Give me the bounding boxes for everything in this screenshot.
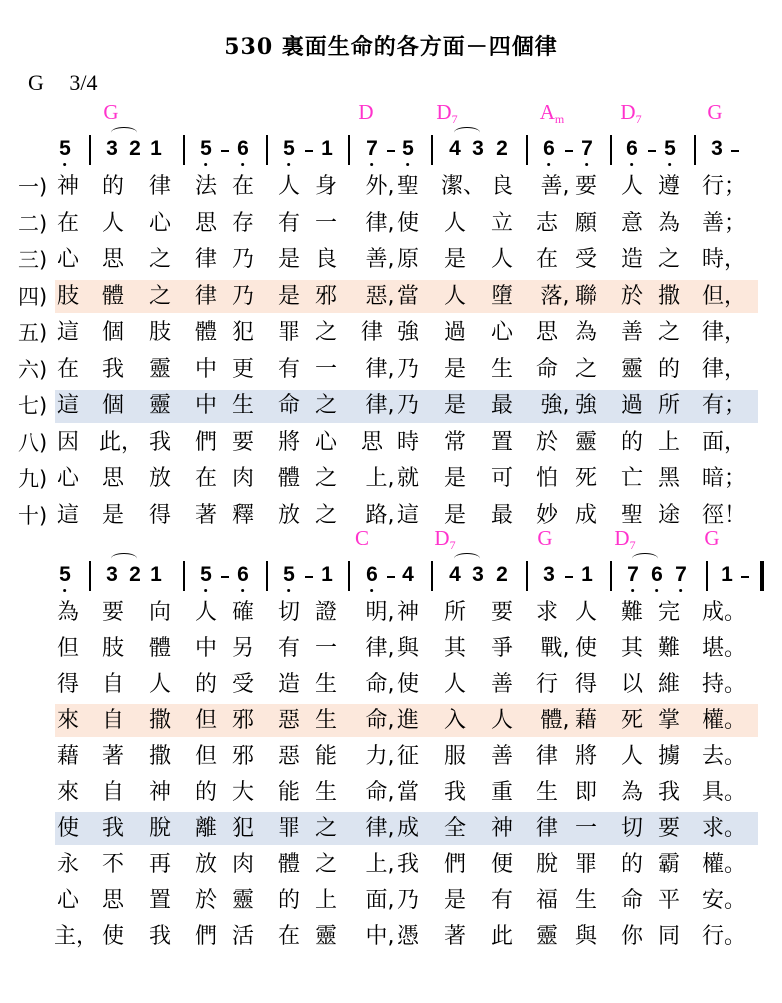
- note: 1: [150, 563, 162, 587]
- verse-line: 來自撒但邪惡生命,進入人體,藉死掌權。: [0, 704, 782, 740]
- lyric-syllable: 全: [444, 814, 466, 844]
- verse-line: 主，使我們活在靈中,憑著此靈與你同行。: [0, 920, 782, 956]
- lyric-syllable: 潔、: [441, 172, 485, 202]
- lyric-syllable: 命: [278, 391, 300, 421]
- lyric-syllable: 遵: [658, 172, 680, 202]
- lyric-syllable: 生: [315, 670, 337, 700]
- lyric-syllable: 在: [278, 922, 300, 952]
- lyric-syllable: 乃: [397, 886, 419, 916]
- lyric-syllable: 善,: [366, 245, 395, 275]
- lyric-syllable: 可: [491, 464, 513, 494]
- lyric-syllable: 這: [57, 318, 79, 348]
- lyric-syllable: 使: [57, 814, 79, 844]
- barline: [348, 135, 350, 165]
- lyric-syllable: 罪: [278, 814, 300, 844]
- lyric-syllable: 與: [397, 634, 419, 664]
- barline: [694, 135, 696, 165]
- lyric-syllable: 肢: [102, 634, 124, 664]
- lyric-syllable: 使: [575, 634, 597, 664]
- lyric-syllable: 一: [315, 634, 337, 664]
- lyric-syllable: 身: [315, 172, 337, 202]
- lyric-syllable: 志: [536, 209, 558, 239]
- note: 7: [581, 137, 593, 161]
- lyric-syllable: 但，: [702, 282, 746, 312]
- note: 3: [472, 137, 484, 161]
- verse-number: 六): [18, 355, 47, 385]
- lyric-syllable: 切: [621, 814, 643, 844]
- lyric-syllable: 造: [278, 670, 300, 700]
- lyric-syllable: 律: [195, 282, 217, 312]
- lyric-syllable: 成。: [702, 598, 746, 628]
- lyric-syllable: 向: [149, 598, 171, 628]
- lyric-syllable: 之: [575, 355, 597, 385]
- note: 3: [106, 563, 118, 587]
- note: 6: [366, 563, 378, 587]
- lyric-syllable: 靈: [536, 922, 558, 952]
- lyric-syllable: 死: [575, 464, 597, 494]
- lyric-syllable: 們: [195, 428, 217, 458]
- lyric-syllable: 的: [658, 355, 680, 385]
- lyric-syllable: 存: [232, 209, 254, 239]
- note: 5: [283, 137, 295, 161]
- note: 7: [366, 137, 378, 161]
- note: 1: [150, 137, 162, 161]
- lyric-syllable: 著: [102, 742, 124, 772]
- lyric-syllable: 思: [102, 886, 124, 916]
- lyric-syllable: 乃: [232, 282, 254, 312]
- lyric-syllable: 之: [315, 814, 337, 844]
- lyric-syllable: 思: [361, 428, 383, 458]
- time-signature: 3/4: [69, 70, 97, 95]
- lyric-syllable: 良: [491, 172, 513, 202]
- lyric-syllable: 受: [232, 670, 254, 700]
- note: 1: [321, 137, 333, 161]
- lyric-syllable: 即: [575, 778, 597, 808]
- lyric-syllable: 置: [149, 886, 171, 916]
- lyric-syllable: 求: [536, 598, 558, 628]
- lyric-syllable: 是: [444, 355, 466, 385]
- lyric-syllable: 中,: [366, 922, 395, 952]
- lyric-syllable: 善；: [702, 209, 746, 239]
- lyric-syllable: 要: [102, 598, 124, 628]
- verse-line: 十)這是得著釋放之路,這是最妙成聖途徑！: [0, 499, 782, 535]
- dash: [221, 150, 229, 152]
- lyric-syllable: 將: [575, 742, 597, 772]
- lyric-syllable: 為: [575, 318, 597, 348]
- lyric-syllable: 一: [575, 814, 597, 844]
- lyric-syllable: 是: [278, 282, 300, 312]
- lyric-syllable: 律,: [366, 814, 395, 844]
- lyric-syllable: 難: [621, 598, 643, 628]
- lyric-syllable: 邪: [232, 706, 254, 736]
- verse-number: 十): [18, 501, 47, 531]
- lyric-syllable: 便: [491, 850, 513, 880]
- lyric-syllable: 惡,: [366, 282, 395, 312]
- lyric-syllable: 是: [444, 391, 466, 421]
- lyric-syllable: 肢: [149, 318, 171, 348]
- lyric-syllable: 之: [658, 318, 680, 348]
- chord-symbol: D: [358, 100, 373, 125]
- lyric-syllable: 行。: [702, 922, 746, 952]
- lyric-syllable: 時: [397, 428, 419, 458]
- verse-line: 八)因此，我們要將心思時常置於靈的上面，: [0, 426, 782, 462]
- lyric-syllable: 聖: [397, 172, 419, 202]
- lyric-syllable: 擄: [658, 742, 680, 772]
- lyric-syllable: 是: [444, 886, 466, 916]
- note: 1: [581, 563, 593, 587]
- note: 5: [283, 563, 295, 587]
- lyric-syllable: 體: [278, 464, 300, 494]
- lyric-syllable: 有: [278, 634, 300, 664]
- lyric-syllable: 造: [621, 245, 643, 275]
- verse-line: 為要向人確切證明,神所要求人難完成。: [0, 596, 782, 632]
- lyric-syllable: 律: [536, 814, 558, 844]
- lyric-syllable: 我: [444, 778, 466, 808]
- lyric-syllable: 來: [57, 706, 79, 736]
- hymn-title: 530 裏面生命的各方面－四個律: [0, 30, 782, 61]
- lyric-syllable: 來: [57, 778, 79, 808]
- lyric-syllable: 以: [621, 670, 643, 700]
- lyric-syllable: 著: [195, 501, 217, 531]
- verse-number: 四): [18, 282, 47, 312]
- lyric-syllable: 就: [397, 464, 419, 494]
- lyric-syllable: 戰,: [541, 634, 570, 664]
- barline: [431, 135, 433, 165]
- lyric-syllable: 邪: [232, 742, 254, 772]
- lyric-syllable: 離: [195, 814, 217, 844]
- lyric-syllable: 大: [232, 778, 254, 808]
- lyric-syllable: 安。: [702, 886, 746, 916]
- lyric-syllable: 使: [397, 670, 419, 700]
- lyric-syllable: 之: [315, 464, 337, 494]
- lyric-syllable: 良: [315, 245, 337, 275]
- dash: [741, 576, 749, 578]
- lyric-syllable: 成: [575, 501, 597, 531]
- lyric-syllable: 重: [491, 778, 513, 808]
- lyric-syllable: 肢: [57, 282, 79, 312]
- lyric-syllable: 進: [397, 706, 419, 736]
- verse-line: 心思置於靈的上面,乃是有福生命平安。: [0, 884, 782, 920]
- lyric-syllable: 這: [57, 391, 79, 421]
- lyric-syllable: 完: [658, 598, 680, 628]
- barline: [89, 561, 91, 591]
- lyric-syllable: 入: [444, 706, 466, 736]
- lyric-syllable: 心: [57, 464, 79, 494]
- lyric-syllable: 人: [491, 706, 513, 736]
- lyric-syllable: 於: [195, 886, 217, 916]
- lyric-syllable: 人: [444, 282, 466, 312]
- lyric-syllable: 心: [57, 245, 79, 275]
- lyric-syllable: 持。: [702, 670, 746, 700]
- lyric-syllable: 一: [315, 209, 337, 239]
- lyric-syllable: 生: [232, 391, 254, 421]
- lyric-syllable: 思: [102, 245, 124, 275]
- note: 3: [711, 137, 723, 161]
- lyric-syllable: 的: [621, 428, 643, 458]
- lyric-syllable: 心: [491, 318, 513, 348]
- lyric-syllable: 靈: [621, 355, 643, 385]
- barline: [348, 561, 350, 591]
- lyric-syllable: 於: [536, 428, 558, 458]
- lyric-syllable: 一: [315, 355, 337, 385]
- lyric-syllable: 神: [397, 598, 419, 628]
- lyric-syllable: 黑: [658, 464, 680, 494]
- lyric-syllable: 善: [491, 742, 513, 772]
- lyric-syllable: 人: [444, 670, 466, 700]
- lyric-syllable: 命,: [366, 778, 395, 808]
- note: 6: [237, 137, 249, 161]
- lyric-syllable: 命: [621, 886, 643, 916]
- lyric-syllable: 善,: [541, 172, 570, 202]
- note: 6: [626, 137, 638, 161]
- barline: [183, 135, 185, 165]
- lyric-syllable: 再: [149, 850, 171, 880]
- lyric-syllable: 之: [315, 501, 337, 531]
- lyric-syllable: 亡: [621, 464, 643, 494]
- lyric-syllable: 但: [57, 634, 79, 664]
- lyric-syllable: 體: [149, 634, 171, 664]
- lyric-syllable: 思: [536, 318, 558, 348]
- verse-line: 永不再放肉體之上,我們便脫罪的霸權。: [0, 848, 782, 884]
- lyric-syllable: 要: [491, 598, 513, 628]
- lyric-syllable: 的: [278, 886, 300, 916]
- lyric-syllable: 爭: [491, 634, 513, 664]
- note: 1: [721, 563, 733, 587]
- lyric-syllable: 證: [315, 598, 337, 628]
- lyric-syllable: 上: [315, 886, 337, 916]
- lyric-syllable: 霸: [658, 850, 680, 880]
- lyric-syllable: 不: [102, 850, 124, 880]
- verse-line: 二)在人心思存有一律,使人立志願意為善；: [0, 207, 782, 243]
- lyric-syllable: 人: [575, 598, 597, 628]
- dash: [387, 150, 395, 152]
- lyric-syllable: 律,: [366, 355, 395, 385]
- lyric-syllable: 力,: [366, 742, 395, 772]
- chord-symbol: D7: [620, 100, 641, 127]
- lyric-syllable: 但: [195, 706, 217, 736]
- lyric-syllable: 上: [658, 428, 680, 458]
- lyric-syllable: 命,: [366, 706, 395, 736]
- lyric-syllable: 的: [102, 172, 124, 202]
- lyric-syllable: 之: [315, 850, 337, 880]
- barline: [266, 135, 268, 165]
- verse-line: 來自神的大能生命,當我重生即為我具。: [0, 776, 782, 812]
- barline: [89, 135, 91, 165]
- lyric-syllable: 要: [658, 814, 680, 844]
- lyric-syllable: 權。: [702, 850, 746, 880]
- lyric-syllable: 生: [315, 778, 337, 808]
- lyric-syllable: 是: [444, 245, 466, 275]
- barline: [526, 561, 528, 591]
- lyric-syllable: 平: [658, 886, 680, 916]
- lyric-syllable: 但: [195, 742, 217, 772]
- lyric-syllable: 體: [278, 850, 300, 880]
- note: 6: [651, 563, 663, 587]
- verse-line: 得自人的受造生命,使人善行得以維持。: [0, 668, 782, 704]
- lyric-syllable: 所: [444, 598, 466, 628]
- lyric-syllable: 當: [397, 282, 419, 312]
- lyric-syllable: 律: [195, 245, 217, 275]
- lyric-syllable: 的: [195, 778, 217, 808]
- lyric-syllable: 能: [278, 778, 300, 808]
- lyric-syllable: 自: [102, 778, 124, 808]
- note: 3: [543, 563, 555, 587]
- lyric-syllable: 上,: [366, 464, 395, 494]
- lyric-syllable: 思: [102, 464, 124, 494]
- lyric-syllable: 怕: [536, 464, 558, 494]
- lyric-syllable: 釋: [232, 501, 254, 531]
- key-time-signature: G 3/4: [28, 70, 118, 96]
- verse-line: 三)心思之律乃是良善,原是人在受造之時，: [0, 243, 782, 279]
- lyric-syllable: 思: [195, 209, 217, 239]
- lyric-syllable: 人: [621, 742, 643, 772]
- lyric-syllable: 更: [232, 355, 254, 385]
- lyric-syllable: 在: [57, 209, 79, 239]
- lyric-syllable: 能: [315, 742, 337, 772]
- lyric-syllable: 律，: [702, 355, 746, 385]
- verse-number: 一): [18, 172, 47, 202]
- lyric-syllable: 律,: [366, 391, 395, 421]
- note: 3: [106, 137, 118, 161]
- lyric-syllable: 同: [658, 922, 680, 952]
- lyric-syllable: 常: [444, 428, 466, 458]
- note: 5: [200, 563, 212, 587]
- lyric-syllable: 過: [444, 318, 466, 348]
- lyric-syllable: 要: [232, 428, 254, 458]
- lyric-syllable: 時，: [702, 245, 746, 275]
- lyric-syllable: 使: [397, 209, 419, 239]
- note: 5: [59, 137, 71, 161]
- lyric-syllable: 難: [658, 634, 680, 664]
- lyric-syllable: 命: [536, 355, 558, 385]
- lyric-syllable: 有；: [702, 391, 746, 421]
- lyric-syllable: 於: [621, 282, 643, 312]
- verse-line: 九)心思放在肉體之上,就是可怕死亡黑暗；: [0, 462, 782, 498]
- chord-symbol: D7: [614, 526, 635, 553]
- barline: [610, 561, 612, 591]
- lyric-syllable: 在: [57, 355, 79, 385]
- lyric-syllable: 心: [149, 209, 171, 239]
- lyric-syllable: 得: [575, 670, 597, 700]
- lyric-syllable: 生: [491, 355, 513, 385]
- lyric-syllable: 們: [444, 850, 466, 880]
- dash: [565, 576, 573, 578]
- lyric-syllable: 的: [621, 850, 643, 880]
- dash: [305, 150, 313, 152]
- lyric-syllable: 肉: [232, 464, 254, 494]
- note: 4: [402, 563, 414, 587]
- lyric-syllable: 另: [232, 634, 254, 664]
- verse-number: 五): [18, 318, 47, 348]
- lyric-syllable: 上,: [366, 850, 395, 880]
- lyric-syllable: 惡: [278, 706, 300, 736]
- lyric-syllable: 脫: [536, 850, 558, 880]
- lyric-syllable: 成: [397, 814, 419, 844]
- note: 6: [543, 137, 555, 161]
- chord-symbol: G: [103, 100, 118, 125]
- lyric-syllable: 邪: [315, 282, 337, 312]
- lyric-syllable: 律,: [366, 209, 395, 239]
- note: 5: [402, 137, 414, 161]
- chord-symbol: G: [537, 526, 552, 551]
- lyric-syllable: 得: [149, 501, 171, 531]
- verse-number: 八): [18, 428, 47, 458]
- lyric-syllable: 之: [658, 245, 680, 275]
- lyric-syllable: 確: [232, 598, 254, 628]
- lyric-syllable: 我: [658, 778, 680, 808]
- lyric-syllable: 切: [278, 598, 300, 628]
- lyric-syllable: 靈: [232, 886, 254, 916]
- lyric-syllable: 行；: [702, 172, 746, 202]
- lyric-syllable: 肉: [232, 850, 254, 880]
- lyric-syllable: 去。: [702, 742, 746, 772]
- lyric-syllable: 置: [491, 428, 513, 458]
- lyric-syllable: 主，: [54, 922, 98, 952]
- note: 4: [449, 137, 461, 161]
- lyric-syllable: 墮: [491, 282, 513, 312]
- lyric-syllable: 願: [575, 209, 597, 239]
- lyric-syllable: 掌: [658, 706, 680, 736]
- lyric-syllable: 體: [102, 282, 124, 312]
- lyric-syllable: 在: [232, 172, 254, 202]
- lyric-syllable: 善: [621, 318, 643, 348]
- lyric-syllable: 憑: [397, 922, 419, 952]
- lyric-syllable: 是: [444, 464, 466, 494]
- lyric-syllable: 藉: [575, 706, 597, 736]
- lyric-syllable: 人: [149, 670, 171, 700]
- lyric-syllable: 神: [491, 814, 513, 844]
- lyric-syllable: 有: [278, 355, 300, 385]
- chord-symbol: Am: [540, 100, 565, 127]
- lyric-syllable: 為: [658, 209, 680, 239]
- dash: [648, 150, 656, 152]
- note: 1: [321, 563, 333, 587]
- lyric-syllable: 犯: [232, 814, 254, 844]
- lyric-syllable: 落,: [541, 282, 570, 312]
- lyric-syllable: 人: [102, 209, 124, 239]
- lyric-syllable: 我: [149, 428, 171, 458]
- key-signature: G: [28, 70, 44, 95]
- verse-line: 但肢體中另有一律,與其爭戰,使其難堪。: [0, 632, 782, 668]
- lyric-syllable: 脫: [149, 814, 171, 844]
- lyric-syllable: 活: [232, 922, 254, 952]
- lyric-syllable: 心: [57, 886, 79, 916]
- lyric-syllable: 靈: [315, 922, 337, 952]
- barline: [706, 561, 708, 591]
- verse-number: 二): [18, 209, 47, 239]
- lyric-syllable: 的: [195, 670, 217, 700]
- note: 2: [496, 137, 508, 161]
- barline: [526, 135, 528, 165]
- lyric-syllable: 乃: [397, 355, 419, 385]
- barline: [431, 561, 433, 591]
- lyric-syllable: 生: [536, 778, 558, 808]
- note: 3: [472, 563, 484, 587]
- note: 7: [675, 563, 687, 587]
- lyric-syllable: 原: [397, 245, 419, 275]
- note: 2: [129, 563, 141, 587]
- lyric-syllable: 乃: [232, 245, 254, 275]
- lyric-syllable: 與: [575, 922, 597, 952]
- barline: [610, 135, 612, 165]
- lyric-syllable: 個: [102, 391, 124, 421]
- lyric-syllable: 撒: [149, 706, 171, 736]
- lyric-syllable: 福: [536, 886, 558, 916]
- lyric-syllable: 這: [397, 501, 419, 531]
- lyric-syllable: 當: [397, 778, 419, 808]
- lyric-syllable: 中: [195, 355, 217, 385]
- barline: [266, 561, 268, 591]
